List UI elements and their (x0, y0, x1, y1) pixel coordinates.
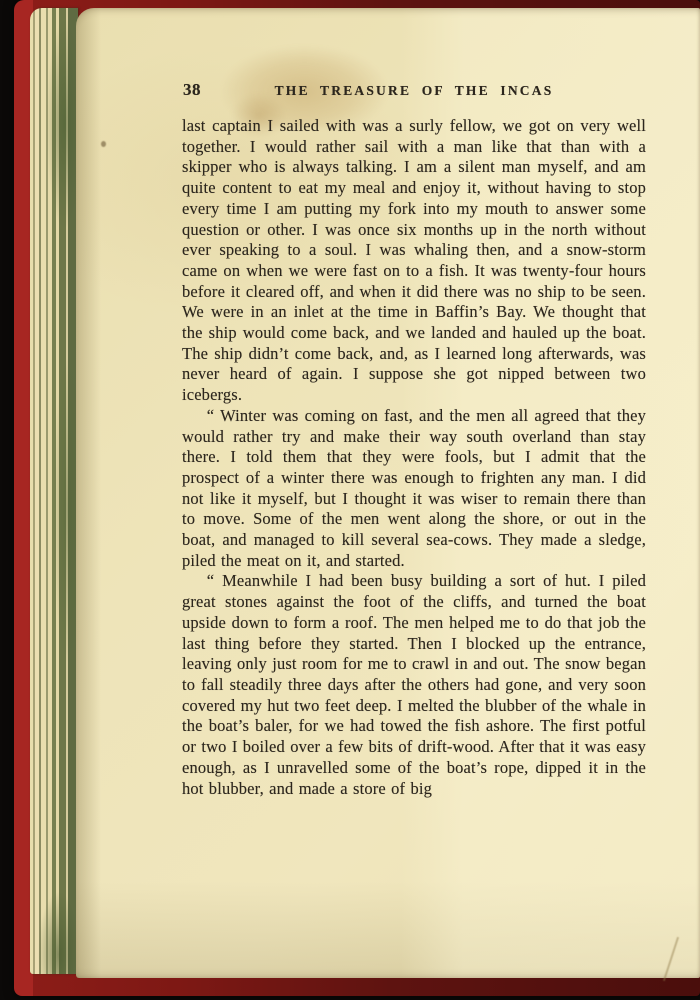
paragraph: last captain I sailed with was a surly f… (182, 116, 646, 406)
page-edge-stack (30, 8, 78, 974)
corner-crease (663, 937, 679, 981)
paragraph: “ Meanwhile I had been busy building a s… (182, 571, 646, 799)
paragraph: “ Winter was coming on fast, and the men… (182, 406, 646, 572)
ink-speck (101, 141, 106, 147)
page-body: last captain I sailed with was a surly f… (182, 116, 646, 799)
running-title: THE TREASURE OF THE INCAS (182, 83, 646, 99)
book-page: 38 THE TREASURE OF THE INCAS last captai… (76, 8, 700, 978)
page-header: 38 THE TREASURE OF THE INCAS (182, 74, 646, 116)
book-photo: 38 THE TREASURE OF THE INCAS last captai… (0, 0, 700, 1000)
text-column: 38 THE TREASURE OF THE INCAS last captai… (182, 74, 646, 799)
